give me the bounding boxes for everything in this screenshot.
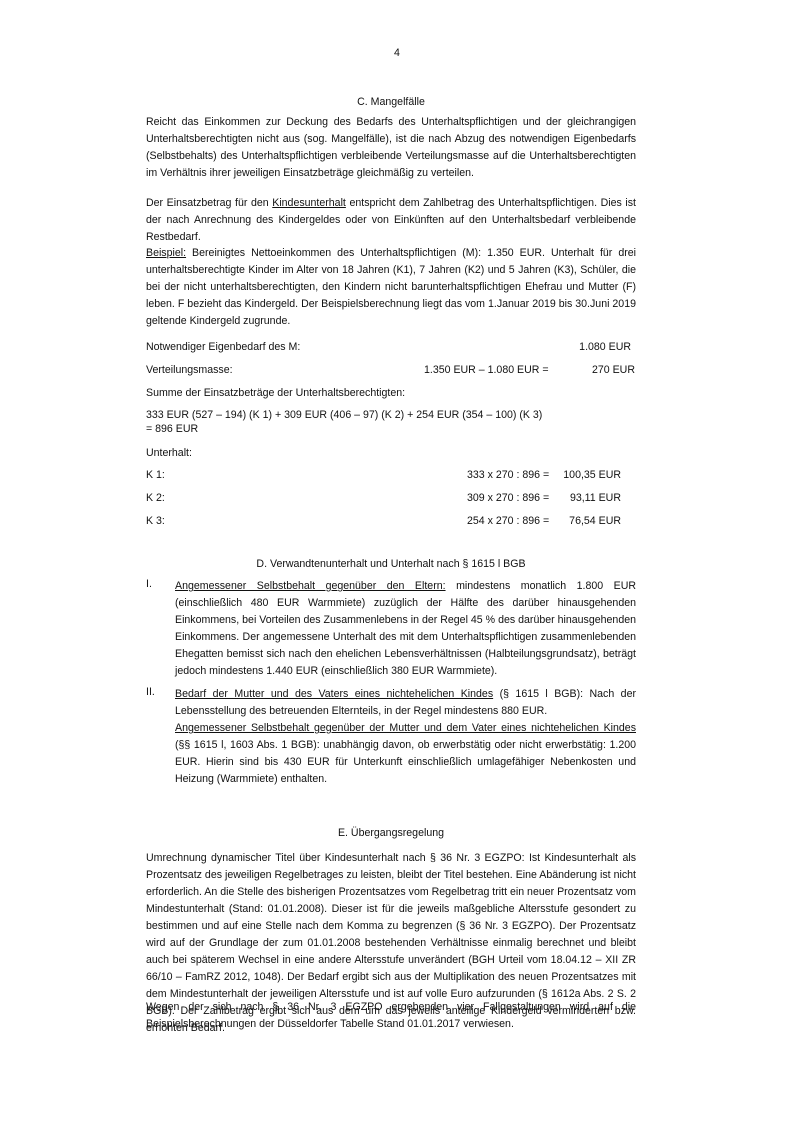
row-label: K 2: (146, 492, 165, 504)
row-label: K 3: (146, 515, 165, 527)
item-2-number: II. (146, 686, 155, 698)
row-value: 93,11 EUR (570, 492, 621, 504)
example-text: Bereinigtes Nettoeinkommen des Unterhalt… (146, 247, 636, 327)
item-1-body: Angemessener Selbstbehalt gegenüber den … (175, 578, 636, 680)
verteilungsmasse-value: 270 EUR (592, 364, 635, 376)
verteilungsmasse-row: Verteilungsmasse: 1.350 EUR – 1.080 EUR … (146, 364, 636, 380)
row-formula: 309 x 270 : 896 = (467, 492, 549, 504)
row-value: 76,54 EUR (569, 515, 621, 527)
summe-result-row: = 896 EUR (146, 423, 636, 439)
eigenbedarf-value: 1.080 EUR (579, 341, 631, 353)
unterhalt-label-row: Unterhalt: (146, 447, 636, 463)
item-1-heading: Angemessener Selbstbehalt gegenüber den … (175, 580, 446, 592)
section-c-paragraph-2: Der Einsatzbetrag für den Kindesunterhal… (146, 195, 636, 246)
summe-result: = 896 EUR (146, 423, 198, 435)
kindesunterhalt-link: Kindesunterhalt (272, 197, 346, 209)
section-e-paragraph-2: Wegen der sich nach § 36 Nr. 3 EGZPO erg… (146, 999, 636, 1033)
eigenbedarf-label: Notwendiger Eigenbedarf des M: (146, 341, 300, 353)
item-1-text: mindestens monatlich 1.800 EUR (einschli… (175, 580, 636, 677)
row-label: K 1: (146, 469, 165, 481)
eigenbedarf-row: Notwendiger Eigenbedarf des M: 1.080 EUR (146, 341, 636, 357)
example-paragraph: Beispiel: Bereinigtes Nettoeinkommen des… (146, 245, 636, 330)
section-d-title: D. Verwandtenunterhalt und Unterhalt nac… (146, 558, 636, 570)
row-value: 100,35 EUR (563, 469, 621, 481)
item-2b-text: (§§ 1615 l, 1603 Abs. 1 BGB): unabhängig… (175, 739, 636, 785)
verteilungsmasse-formula: 1.350 EUR – 1.080 EUR = (424, 364, 549, 376)
page-number: 4 (0, 47, 794, 59)
item-1-number: I. (146, 578, 152, 590)
unterhalt-label: Unterhalt: (146, 447, 192, 459)
summe-label-row: Summe der Einsatzbeträge der Unterhaltsb… (146, 387, 636, 403)
unterhalt-row-k2: K 2: 309 x 270 : 896 = 93,11 EUR (146, 492, 636, 508)
section-e-title: E. Übergangsregelung (146, 827, 636, 839)
item-2-heading: Bedarf der Mutter und des Vaters eines n… (175, 688, 493, 700)
example-label: Beispiel: (146, 247, 186, 259)
item-2-body: Bedarf der Mutter und des Vaters eines n… (175, 686, 636, 720)
verteilungsmasse-label: Verteilungsmasse: (146, 364, 233, 376)
summe-formula: 333 EUR (527 – 194) (K 1) + 309 EUR (406… (146, 409, 542, 421)
unterhalt-row-k1: K 1: 333 x 270 : 896 = 100,35 EUR (146, 469, 636, 485)
item-2b-body: Angemessener Selbstbehalt gegenüber der … (175, 720, 636, 788)
row-formula: 254 x 270 : 896 = (467, 515, 549, 527)
section-c-title: C. Mangelfälle (146, 96, 636, 108)
section-c-paragraph-1: Reicht das Einkommen zur Deckung des Bed… (146, 114, 636, 182)
unterhalt-row-k3: K 3: 254 x 270 : 896 = 76,54 EUR (146, 515, 636, 531)
p2-before: Der Einsatzbetrag für den (146, 197, 272, 209)
row-formula: 333 x 270 : 896 = (467, 469, 549, 481)
summe-label: Summe der Einsatzbeträge der Unterhaltsb… (146, 387, 405, 399)
item-2b-heading: Angemessener Selbstbehalt gegenüber der … (175, 722, 636, 734)
